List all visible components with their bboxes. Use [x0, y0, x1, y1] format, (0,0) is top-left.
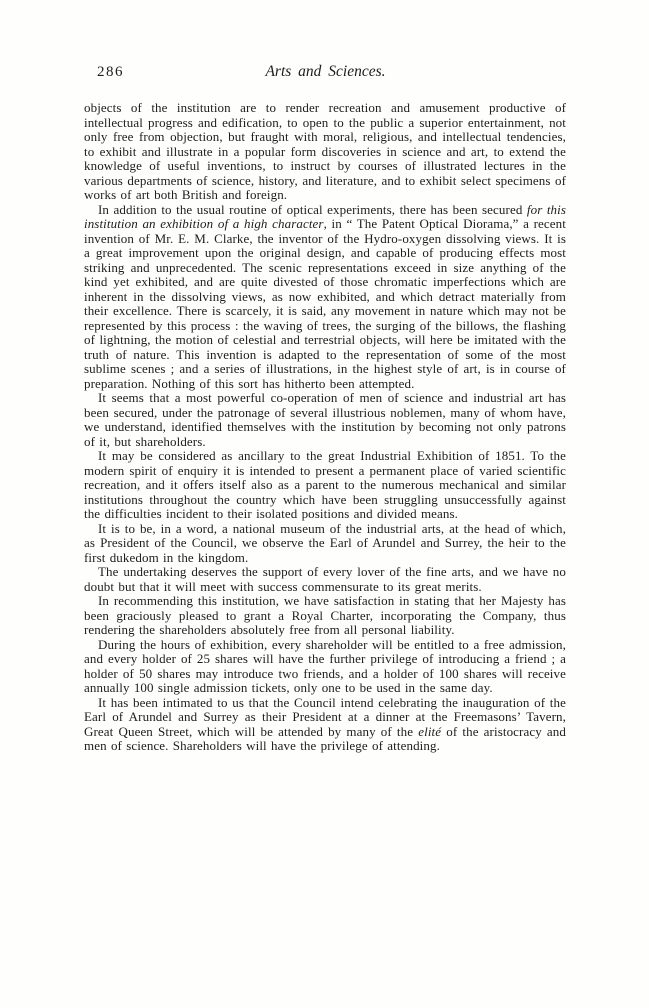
body-text-segment: During the hours of exhibition, every sh…	[84, 637, 566, 696]
body-text-segment: It may be considered as ancillary to the…	[84, 448, 566, 521]
body-text-segment: The undertaking deserves the support of …	[84, 564, 566, 594]
body-text-segment: , in “ The Patent Optical Diorama,” a re…	[84, 216, 566, 391]
header-title: Arts and Sciences.	[85, 63, 566, 81]
paragraph: objects of the institution are to render…	[84, 101, 566, 203]
paragraph: During the hours of exhibition, every sh…	[84, 638, 566, 696]
paragraph: It may be considered as ancillary to the…	[84, 449, 566, 522]
body-text-segment: In recommending this institution, we hav…	[84, 593, 566, 637]
body-text-segment: objects of the institution are to render…	[84, 100, 566, 202]
scanned-book-page: 286 Arts and Sciences. objects of the in…	[0, 0, 649, 1008]
paragraph: The undertaking deserves the support of …	[84, 565, 566, 594]
running-head: 286 Arts and Sciences.	[85, 63, 566, 83]
body-text-segment: It is to be, in a word, a national museu…	[84, 521, 566, 565]
body-text-segment: It seems that a most powerful co-operati…	[84, 390, 566, 449]
paragraph: It has been intimated to us that the Cou…	[84, 696, 566, 754]
page-body-text: objects of the institution are to render…	[84, 101, 566, 754]
paragraph: It is to be, in a word, a national museu…	[84, 522, 566, 566]
emphasized-text: elité	[418, 724, 441, 739]
body-text-segment: In addition to the usual routine of opti…	[98, 202, 527, 217]
paragraph: In recommending this institution, we hav…	[84, 594, 566, 638]
paragraph: In addition to the usual routine of opti…	[84, 203, 566, 392]
paragraph: It seems that a most powerful co-operati…	[84, 391, 566, 449]
